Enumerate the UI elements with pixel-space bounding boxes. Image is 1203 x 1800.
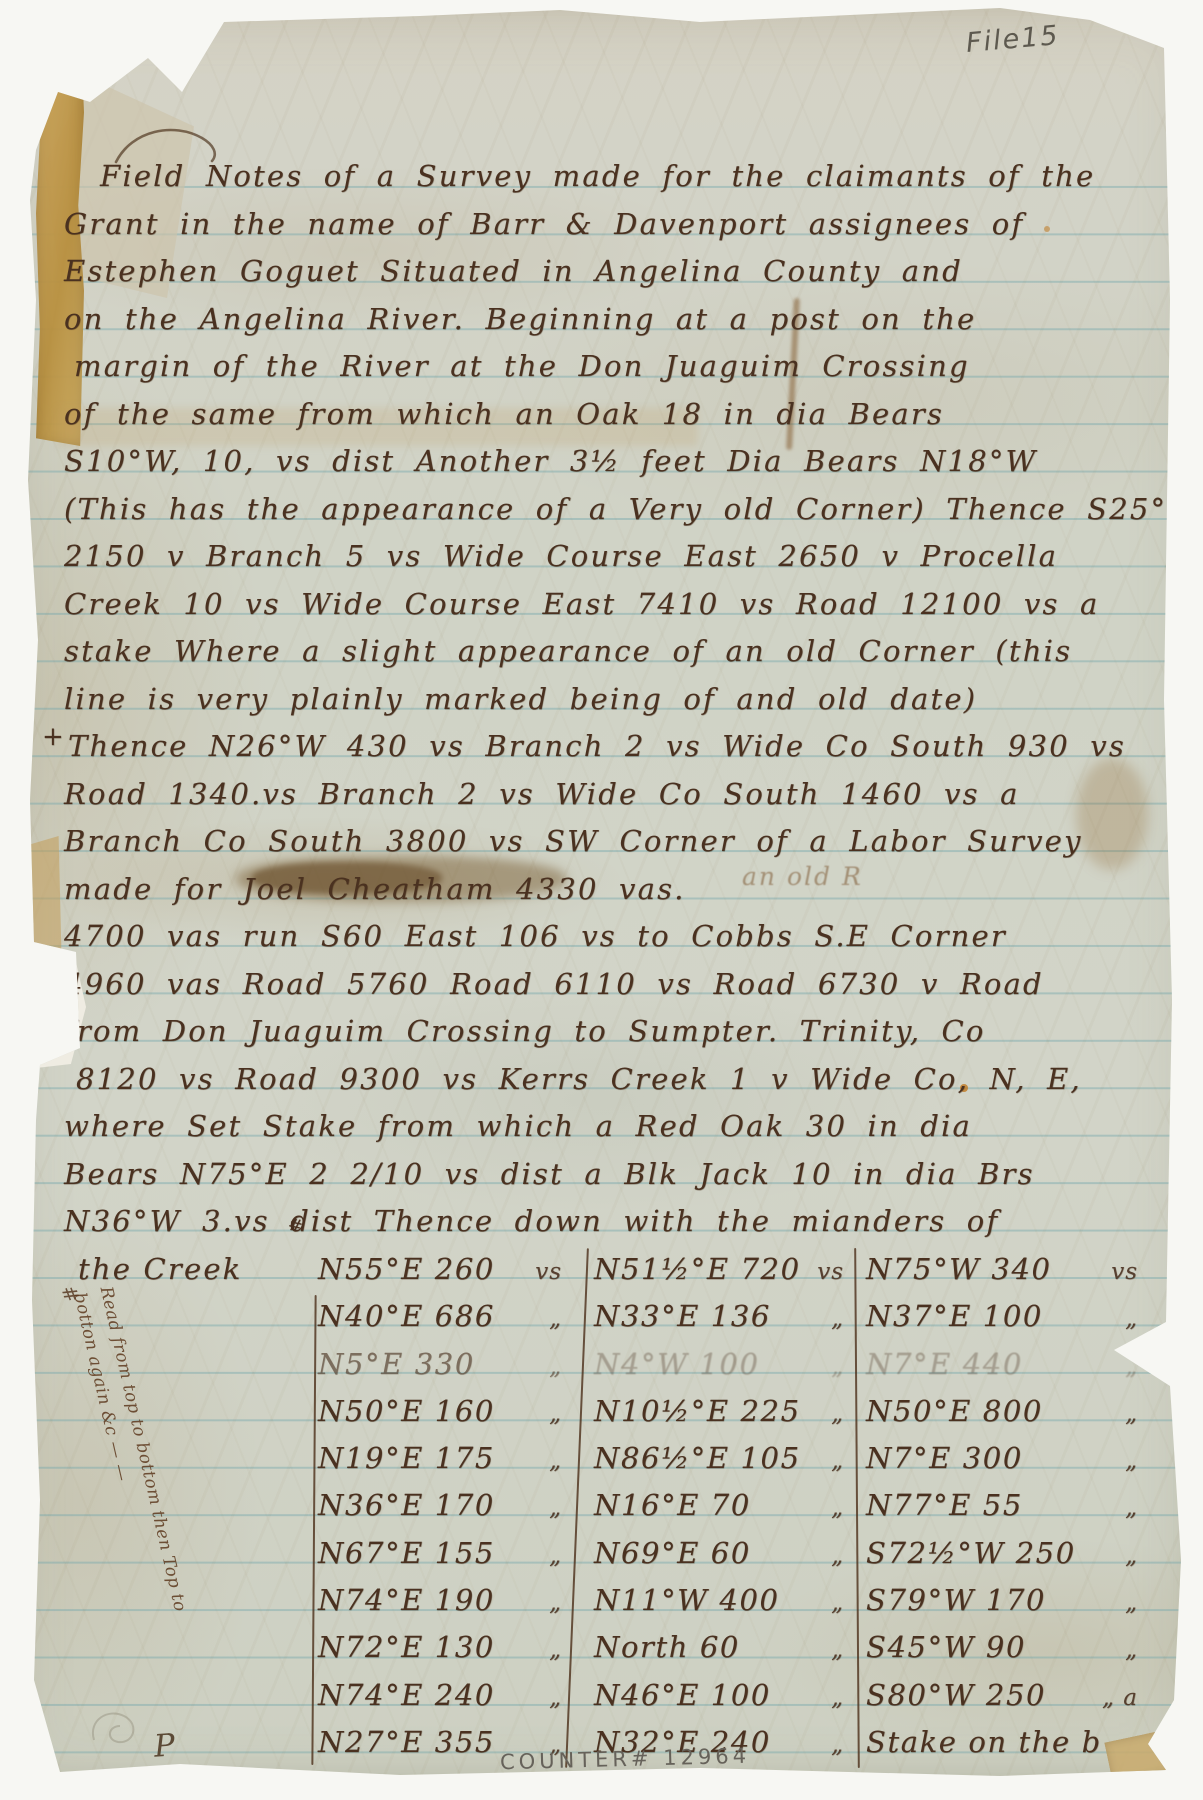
field-notes-text: Field Notes of a Survey made for the cla… — [64, 153, 1170, 1246]
bearing-distance: N7°E 440 — [866, 1341, 1023, 1388]
meander-cell: N55°E 260vs — [318, 1246, 562, 1293]
ditto-mark: „ — [549, 1627, 562, 1674]
handwriting-line: Bears N75°E 2 2/10 vs dist a Blk Jack 10… — [64, 1151, 1170, 1199]
bearing-distance: N11°W 400 — [594, 1577, 780, 1624]
handwriting-line: made for Joel Cheatham 4330 vas. — [64, 866, 1170, 914]
bearing-distance: North 60 — [594, 1624, 740, 1671]
meander-cell: N19°E 175„ — [318, 1435, 562, 1482]
pencil-doodle — [86, 1690, 156, 1760]
bearing-distance: N5°E 330 — [318, 1341, 475, 1388]
ditto-mark: „ — [549, 1391, 562, 1438]
bearing-distance: N86½°E 105 — [594, 1435, 801, 1482]
bearing-distance: Stake on the b — [866, 1719, 1102, 1766]
scanned-document-page: Field Notes of a Survey made for the cla… — [0, 0, 1203, 1800]
meander-cell: N33°E 136„ — [594, 1293, 844, 1340]
ditto-mark: „ — [831, 1722, 844, 1769]
bearing-distance: N36°E 170 — [318, 1482, 495, 1529]
bearing-distance: N27°E 355 — [318, 1719, 495, 1766]
bearing-distance: N72°E 130 — [318, 1624, 495, 1671]
handwriting-line: (This has the appearance of a Very old C… — [64, 486, 1170, 534]
ditto-mark: „ — [1125, 1485, 1138, 1532]
handwriting-line: line is very plainly marked being of and… — [64, 676, 1170, 724]
meander-cell: S72½°W 250„ — [866, 1530, 1138, 1577]
faded-ink-fragment: an old R — [742, 862, 863, 891]
ditto-mark: „ — [1125, 1438, 1138, 1485]
bearing-distance: S45°W 90 — [866, 1624, 1026, 1671]
table-rule-left — [311, 1295, 316, 1765]
meander-cell: N74°E 190„ — [318, 1577, 562, 1624]
meander-cell: N50°E 800„ — [866, 1388, 1138, 1435]
meander-cell: N51½°E 720vs — [594, 1246, 844, 1293]
ditto-mark: „ a — [1102, 1675, 1138, 1722]
bearing-distance: N75°W 340 — [866, 1246, 1052, 1293]
margin-plus-mark: + — [42, 722, 64, 752]
bearing-distance: N10½°E 225 — [594, 1388, 801, 1435]
bearing-distance: N7°E 300 — [866, 1435, 1023, 1482]
bearing-distance: N74°E 240 — [318, 1672, 495, 1719]
ditto-mark: „ — [831, 1391, 844, 1438]
meander-cell: North 60„ — [594, 1624, 844, 1671]
meander-cell: N7°E 300„ — [866, 1435, 1138, 1482]
ditto-mark: „ — [549, 1533, 562, 1580]
meander-cell: S79°W 170„ — [866, 1577, 1138, 1624]
handwriting-line: Creek 10 vs Wide Course East 7410 vs Roa… — [64, 581, 1170, 629]
ditto-mark: vs — [817, 1249, 844, 1296]
page-letter: P — [153, 1727, 176, 1764]
handwriting-line: Estephen Goguet Situated in Angelina Cou… — [64, 248, 1170, 296]
bearing-distance: N33°E 136 — [594, 1293, 771, 1340]
bearing-distance: N74°E 190 — [318, 1577, 495, 1624]
ditto-mark: „ — [831, 1344, 844, 1391]
ditto-mark: „ — [549, 1485, 562, 1532]
vertical-margin-note: Read from top to bottom then Top to bott… — [65, 1284, 199, 1647]
meander-cell: S80°W 250„ a — [866, 1672, 1138, 1719]
handwriting-line: 2150 v Branch 5 vs Wide Course East 2650… — [64, 533, 1170, 581]
handwriting-line: stake Where a slight appearance of an ol… — [64, 628, 1170, 676]
ditto-mark: „ — [1125, 1296, 1138, 1343]
ditto-mark: „ — [831, 1675, 844, 1722]
handwriting-line: Grant in the name of Barr & Davenport as… — [64, 201, 1170, 249]
meander-cell: N16°E 70„ — [594, 1482, 844, 1529]
handwriting-line: S10°W, 10, vs dist Another 3½ feet Dia B… — [64, 438, 1170, 486]
bearing-distance: N51½°E 720 — [594, 1246, 801, 1293]
bearing-distance: S80°W 250 — [866, 1672, 1046, 1719]
handwriting-line: Branch Co South 3800 vs SW Corner of a L… — [64, 818, 1170, 866]
ditto-mark: „ — [831, 1438, 844, 1485]
handwriting-line: 4700 vas run S60 East 106 vs to Cobbs S.… — [64, 913, 1170, 961]
table-rule-right — [854, 1248, 860, 1768]
ditto-mark: „ — [549, 1438, 562, 1485]
ditto-mark: vs — [535, 1249, 562, 1296]
handwriting-line: where Set Stake from which a Red Oak 30 … — [64, 1103, 1170, 1151]
bearing-distance: N16°E 70 — [594, 1482, 751, 1529]
meander-cell: N86½°E 105„ — [594, 1435, 844, 1482]
meander-cell: N37°E 100„ — [866, 1293, 1138, 1340]
meander-lead-in: the Creek — [78, 1246, 242, 1293]
ditto-mark: „ — [549, 1675, 562, 1722]
handwriting-line: Field Notes of a Survey made for the cla… — [64, 153, 1170, 201]
table-rule-middle — [565, 1248, 589, 1768]
meander-cell: N72°E 130„ — [318, 1624, 562, 1671]
bearing-distance: N55°E 260 — [318, 1246, 495, 1293]
bearing-distance: N46°E 100 — [594, 1672, 771, 1719]
handwriting-line: 8120 vs Road 9300 vs Kerrs Creek 1 v Wid… — [64, 1056, 1170, 1104]
meander-column-2: N51½°E 720vsN33°E 136„N4°W 100„N10½°E 22… — [594, 1246, 844, 1766]
handwriting-line: Road 1340.vs Branch 2 vs Wide Co South 1… — [64, 771, 1170, 819]
meander-cell: N4°W 100„ — [594, 1341, 844, 1388]
meander-cell: N5°E 330„ — [318, 1341, 562, 1388]
ditto-mark: „ — [1125, 1391, 1138, 1438]
ditto-mark: „ — [549, 1296, 562, 1343]
meander-cell: N46°E 100„ — [594, 1672, 844, 1719]
handwriting-line: margin of the River at the Don Juaguim C… — [64, 343, 1170, 391]
tape-fragment-left — [28, 836, 62, 986]
bearing-distance: N40°E 686 — [318, 1293, 495, 1340]
meander-cell: Stake on the b — [866, 1719, 1138, 1766]
ditto-mark: vs — [1111, 1249, 1138, 1296]
handwriting-line: on the Angelina River. Beginning at a po… — [64, 296, 1170, 344]
counter-stamp: COUNTER# 12964 — [500, 1744, 751, 1775]
meander-column-3: N75°W 340vsN37°E 100„N7°E 440„N50°E 800„… — [866, 1246, 1138, 1766]
ditto-mark: „ — [831, 1533, 844, 1580]
meander-cell: N69°E 60„ — [594, 1530, 844, 1577]
meander-cell: S45°W 90„ — [866, 1624, 1138, 1671]
ditto-mark: „ — [1125, 1627, 1138, 1674]
meander-cell: N77°E 55„ — [866, 1482, 1138, 1529]
bearing-distance: N19°E 175 — [318, 1435, 495, 1482]
bearing-distance: S79°W 170 — [866, 1577, 1046, 1624]
ditto-mark: „ — [1125, 1533, 1138, 1580]
ditto-mark: „ — [549, 1580, 562, 1627]
paper-sheet: Field Notes of a Survey made for the cla… — [0, 0, 1203, 1800]
bearing-distance: N67°E 155 — [318, 1530, 495, 1577]
bearing-distance: N77°E 55 — [866, 1482, 1023, 1529]
bearing-distance: N50°E 160 — [318, 1388, 495, 1435]
handwriting-line: from Don Juaguim Crossing to Sumpter. Tr… — [64, 1008, 1170, 1056]
meander-cell: N74°E 240„ — [318, 1672, 562, 1719]
ditto-mark: „ — [549, 1344, 562, 1391]
meander-cell: N10½°E 225„ — [594, 1388, 844, 1435]
meander-cell: N40°E 686„ — [318, 1293, 562, 1340]
bearing-distance: N50°E 800 — [866, 1388, 1043, 1435]
handwriting-line: N36°W 3.vs dist Thence down with the mia… — [64, 1198, 1170, 1246]
ditto-mark: „ — [1125, 1344, 1138, 1391]
meander-column-1: N55°E 260vsN40°E 686„N5°E 330„N50°E 160„… — [318, 1246, 562, 1766]
bearing-distance: N69°E 60 — [594, 1530, 751, 1577]
handwriting-line: of the same from which an Oak 18 in dia … — [64, 391, 1170, 439]
meander-cell: N36°E 170„ — [318, 1482, 562, 1529]
ditto-mark: „ — [831, 1580, 844, 1627]
ditto-mark: „ — [831, 1296, 844, 1343]
bearing-distance: N4°W 100 — [594, 1341, 760, 1388]
ditto-mark: „ — [1125, 1580, 1138, 1627]
handwriting-line: 4960 vas Road 5760 Road 6110 vs Road 673… — [64, 961, 1170, 1009]
meander-cell: N7°E 440„ — [866, 1341, 1138, 1388]
file-number-note: File15 — [965, 20, 1061, 59]
ditto-mark: „ — [831, 1485, 844, 1532]
meander-cell: N50°E 160„ — [318, 1388, 562, 1435]
handwriting-line: Thence N26°W 430 vs Branch 2 vs Wide Co … — [64, 723, 1170, 771]
meander-cell: N75°W 340vs — [866, 1246, 1138, 1293]
bearing-distance: S72½°W 250 — [866, 1530, 1076, 1577]
meander-cell: N67°E 155„ — [318, 1530, 562, 1577]
ditto-mark: „ — [831, 1627, 844, 1674]
bearing-distance: N37°E 100 — [866, 1293, 1043, 1340]
meander-cell: N11°W 400„ — [594, 1577, 844, 1624]
